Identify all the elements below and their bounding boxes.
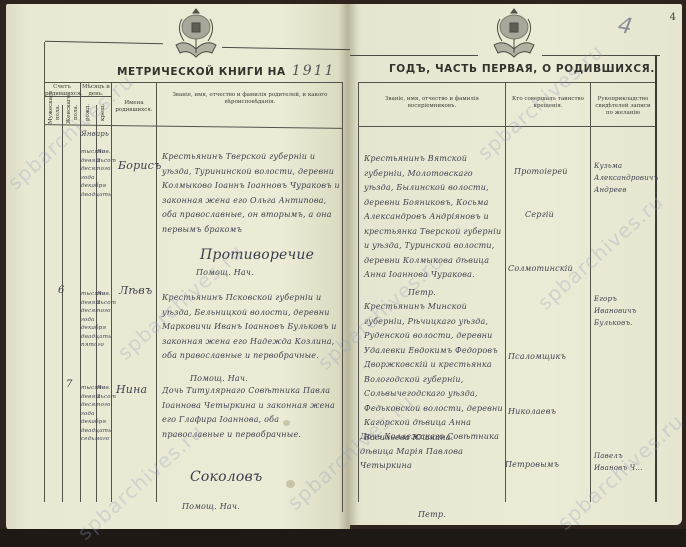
record-3-baptized-by-0: Петровымъ [505, 458, 559, 473]
record-1-godparents: Крестьянинъ Вятской губерніи, Молотовска… [364, 152, 504, 283]
grid-line [44, 42, 45, 502]
record-2-baptized-by-1: Николаевъ [508, 405, 556, 420]
record-2-male-number: 6 [58, 284, 65, 299]
record-1-child-name: Борисъ [118, 160, 162, 172]
folio-number: 4 [670, 12, 676, 23]
record-3-annotation: Помощ. Нач. [182, 500, 240, 515]
record-2-parents: Крестьянинъ Псковской губерніи и уѣзда, … [162, 291, 340, 364]
header-parents: Званіе, имя, отчество и фамилія родителе… [160, 92, 340, 106]
record-2-child-name: Лѣвъ [119, 285, 152, 297]
header-witnesses: Рукоприкладство свидѣтелей записи по жел… [592, 96, 654, 117]
record-2-godparents-note: Петр. [408, 286, 436, 301]
record-1-annotation: Помощ. Нач. [196, 266, 254, 281]
grid-line [358, 82, 655, 83]
header-baptized-by: Кто совершалъ таинство крещенія. [508, 96, 588, 110]
record-3-baptism-date: Янв. 2 [97, 384, 111, 401]
record-1-month: Январь [81, 130, 109, 139]
header-baptized: крещ. [100, 100, 107, 124]
register-year: 1911 [292, 63, 336, 79]
register-title-left: МЕТРИЧЕСКОЙ КНИГИ НА1911 [117, 63, 335, 79]
record-2-birth-date: тысяча девятьсот десятого года декабря д… [81, 290, 96, 350]
record-3-signature: Соколовъ [190, 470, 262, 485]
grid-line [156, 82, 157, 502]
header-child-names: Имена родившихся. [112, 100, 156, 114]
paper-stain [286, 480, 295, 488]
record-3-godparents: Дочь Коллежскаго Совѣтника дѣвица Марія … [360, 430, 506, 474]
record-3-witnesses: Павелъ Ивановъ Ч... [594, 450, 654, 474]
imperial-eagle-icon [488, 5, 540, 65]
record-2-baptism-date: Янв. 2 [97, 290, 111, 307]
grid-line [358, 82, 359, 502]
header-born: рожд. [85, 100, 92, 124]
grid-line [342, 82, 343, 512]
book-scan: МЕТРИЧЕСКОЙ КНИГИ НА1911 ГОДЪ, ЧАСТЬ ПЕР… [0, 0, 686, 547]
record-1-baptism-date: Янв. 2 [97, 148, 111, 165]
header-male: Мужескаго пола. [48, 100, 62, 124]
record-1-birth-date: тысяча девятьсот десятого года декабря д… [81, 148, 96, 199]
record-1-witnesses: Кузьма Александровичъ Андреев [594, 160, 654, 196]
record-3-birth-date: тысяча девятьсот десятого года декабря д… [81, 384, 96, 444]
record-2-baptized-by-0: Псаломщикъ [508, 350, 566, 365]
frame-line [542, 55, 660, 56]
register-title-right: ГОДЪ, ЧАСТЬ ПЕРВАЯ, О РОДИВШИХСЯ. [389, 63, 655, 75]
paper-stain [283, 420, 290, 426]
header-godparents: Званіе, имя, отчество и фамилія воспріем… [362, 96, 502, 110]
book-bottom-edge [0, 529, 686, 547]
book-spine [338, 4, 358, 534]
grid-line [655, 55, 657, 502]
record-2-godparents: Крестьянинъ Минской губерніи, Рѣчицкаго … [364, 300, 504, 445]
imperial-eagle-icon [170, 5, 222, 65]
record-3-female-number: 7 [66, 378, 73, 393]
grid-line [590, 82, 591, 502]
record-3-godparents-note: Петр. [418, 508, 446, 523]
record-1-baptized-by-1: Сергій [525, 208, 554, 223]
grid-line [111, 82, 112, 502]
record-1-baptized-by-2: Солмотинскій [508, 262, 573, 277]
record-3-child-name: Нина [116, 384, 147, 396]
record-3-parents: Дочь Титулярнаго Совѣтника Павла Іоаннов… [162, 384, 340, 442]
record-2-witnesses: Егоръ Ивановичъ Бульковъ. [594, 293, 654, 329]
grid-line [44, 82, 342, 83]
record-1-baptized-by-0: Протоіерей [514, 165, 568, 180]
header-month-day: Мѣсяцъ и день. [81, 84, 111, 98]
title-text: МЕТРИЧЕСКОЙ КНИГИ НА [117, 66, 286, 78]
record-1-parents: Крестьянинъ Тверской губерніи и уѣзда, Т… [162, 150, 340, 237]
grid-line [62, 105, 63, 502]
grid-line [358, 126, 655, 127]
header-female: Женскаго пола. [66, 100, 80, 124]
frame-line [350, 55, 478, 56]
record-1-parents-note: Противоречие [200, 248, 314, 263]
